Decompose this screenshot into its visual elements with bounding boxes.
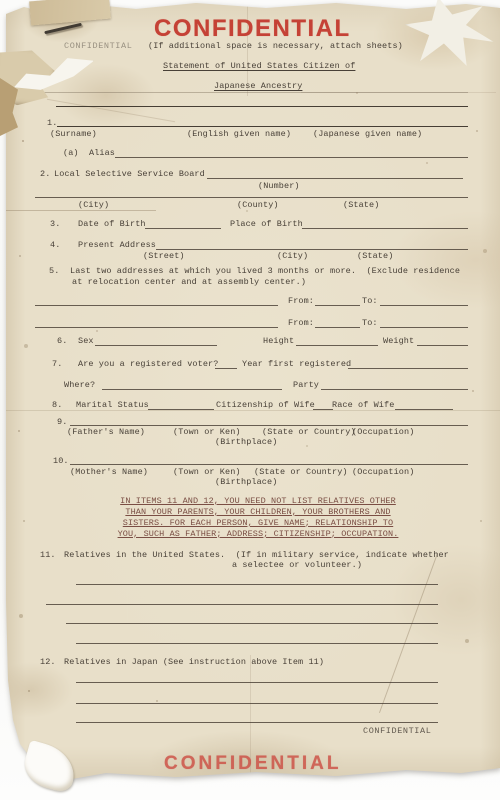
blank-line xyxy=(76,584,438,585)
alias-label: (a) Alias xyxy=(63,148,115,158)
crease-mark xyxy=(6,410,500,411)
item-8-number: 8. xyxy=(52,400,62,410)
item-5-text-line2: at relocation center and at assembly cen… xyxy=(72,277,306,287)
from-label: From: xyxy=(288,318,314,328)
blank-line xyxy=(35,197,468,198)
english-given-name-label: (English given name) xyxy=(187,129,291,139)
state-or-country-label: (State or Country) xyxy=(254,467,348,477)
crease-mark xyxy=(47,99,175,123)
blank-line xyxy=(35,92,468,93)
item-10-number: 10. xyxy=(53,456,69,466)
mothers-name-label: (Mother's Name) xyxy=(70,467,148,477)
blank-line xyxy=(315,305,360,306)
birthplace-label: (Birthplace) xyxy=(215,437,277,447)
item-12-number: 12. xyxy=(40,657,56,667)
blank-line xyxy=(46,604,438,605)
item-7-number: 7. xyxy=(52,359,62,369)
blank-line xyxy=(380,327,468,328)
crease-mark xyxy=(6,210,156,211)
birthplace-label: (Birthplace) xyxy=(215,477,277,487)
notice-block: IN ITEMS 11 AND 12, YOU NEED NOT LIST RE… xyxy=(20,496,496,540)
typed-confidential-bottom: CONFIDENTIAL xyxy=(363,726,431,736)
blank-line xyxy=(115,157,468,158)
blank-line xyxy=(417,345,468,346)
wife-citizenship-label: Citizenship of Wife xyxy=(216,400,315,410)
selective-service-board-label: Local Selective Service Board xyxy=(54,169,205,179)
item-5-text-line1: Last two addresses at which you lived 3 … xyxy=(70,266,460,276)
item-6-number: 6. xyxy=(57,336,67,346)
state-or-country-label: (State or Country) xyxy=(262,427,356,437)
japanese-given-name-label: (Japanese given name) xyxy=(313,129,422,139)
where-label: Where? xyxy=(64,380,95,390)
county-label: (County) xyxy=(237,200,279,210)
blank-line xyxy=(95,345,217,346)
city-label: (City) xyxy=(78,200,109,210)
blank-line xyxy=(102,389,282,390)
blank-line xyxy=(302,228,468,229)
notice-line: THAN YOUR PARENTS, YOUR CHILDREN, YOUR B… xyxy=(20,507,496,518)
from-label: From: xyxy=(288,296,314,306)
blank-line xyxy=(315,327,360,328)
confidential-stamp-bottom: CONFIDENTIAL xyxy=(164,753,341,775)
blank-line xyxy=(313,409,333,410)
blank-line xyxy=(70,425,468,426)
party-label: Party xyxy=(293,380,319,390)
blank-line xyxy=(76,722,438,723)
blank-line xyxy=(321,389,468,390)
blank-line xyxy=(207,178,463,179)
to-label: To: xyxy=(362,296,378,306)
blank-line xyxy=(57,126,468,127)
state-label: (State) xyxy=(343,200,379,210)
to-label: To: xyxy=(362,318,378,328)
item-9-number: 9. xyxy=(57,417,67,427)
blank-line xyxy=(35,305,278,306)
registered-voter-question: Are you a registered voter? xyxy=(78,359,218,369)
notice-line: SISTERS. FOR EACH PERSON, GIVE NAME; REL… xyxy=(20,518,496,529)
blank-line xyxy=(215,368,237,369)
wife-race-label: Race of Wife xyxy=(332,400,394,410)
blank-line xyxy=(76,682,438,683)
item-11-text-line2: a selectee or volunteer.) xyxy=(232,560,362,570)
weight-label: Weight xyxy=(383,336,414,346)
item-11-text-line1: Relatives in the United States. (If in m… xyxy=(64,550,449,560)
form-title-line1: Statement of United States Citizen of xyxy=(163,61,355,71)
blank-line xyxy=(70,464,468,465)
blank-line xyxy=(56,106,468,107)
paper-shadow-wrap: CONFIDENTIAL CONFIDENTIAL (If additional… xyxy=(0,0,500,800)
blank-line xyxy=(66,623,438,624)
item-11-number: 11. xyxy=(40,550,56,560)
item-5-number: 5. xyxy=(49,266,59,276)
fathers-name-label: (Father's Name) xyxy=(67,427,145,437)
place-of-birth-label: Place of Birth xyxy=(230,219,303,229)
crease-mark xyxy=(379,553,438,713)
state-label: (State) xyxy=(357,251,393,261)
blank-line xyxy=(348,368,468,369)
blank-line xyxy=(156,249,468,250)
blank-line xyxy=(380,305,468,306)
blank-line xyxy=(35,327,278,328)
height-label: Height xyxy=(263,336,294,346)
attach-sheets-note: (If additional space is necessary, attac… xyxy=(148,41,403,51)
item-2-number: 2. xyxy=(40,169,50,179)
foxing-specks xyxy=(6,0,8,2)
street-label: (Street) xyxy=(143,251,185,261)
occupation-label: (Occupation) xyxy=(352,427,414,437)
item-12-label: Relatives in Japan (See instruction abov… xyxy=(64,657,324,667)
item-1-number: 1. xyxy=(47,118,57,128)
form-title-line2: Japanese Ancestry xyxy=(214,81,302,91)
town-or-ken-label: (Town or Ken) xyxy=(173,427,241,437)
blank-line xyxy=(76,703,438,704)
blank-line xyxy=(76,643,438,644)
occupation-label: (Occupation) xyxy=(352,467,414,477)
notice-line: IN ITEMS 11 AND 12, YOU NEED NOT LIST RE… xyxy=(20,496,496,507)
confidential-stamp-top: CONFIDENTIAL xyxy=(154,15,351,44)
date-of-birth-label: Date of Birth xyxy=(78,219,146,229)
blank-line xyxy=(145,228,221,229)
item-4-number: 4. xyxy=(50,240,60,250)
paper-sheet: CONFIDENTIAL CONFIDENTIAL (If additional… xyxy=(6,0,500,786)
number-label: (Number) xyxy=(258,181,300,191)
marital-status-label: Marital Status xyxy=(76,400,149,410)
surname-label: (Surname) xyxy=(50,129,97,139)
typed-confidential-top: CONFIDENTIAL xyxy=(64,41,132,51)
present-address-label: Present Address xyxy=(78,240,156,250)
sex-label: Sex xyxy=(78,336,94,346)
blank-line xyxy=(395,409,453,410)
year-first-registered-label: Year first registered xyxy=(242,359,351,369)
notice-line: YOU, SUCH AS FATHER; ADDRESS; CITIZENSHI… xyxy=(20,529,496,540)
blank-line xyxy=(148,409,214,410)
item-3-number: 3. xyxy=(50,219,60,229)
town-or-ken-label: (Town or Ken) xyxy=(173,467,241,477)
blank-line xyxy=(296,345,378,346)
city-label: (City) xyxy=(277,251,308,261)
scanned-document: CONFIDENTIAL CONFIDENTIAL (If additional… xyxy=(0,0,500,800)
